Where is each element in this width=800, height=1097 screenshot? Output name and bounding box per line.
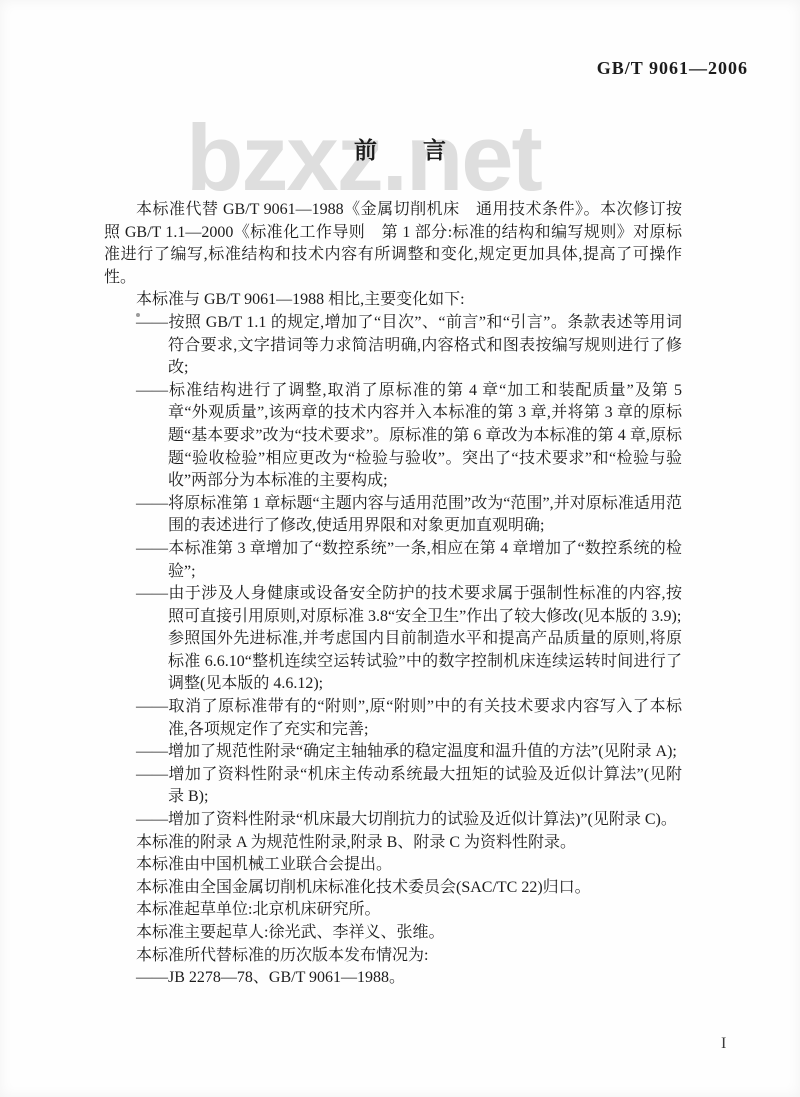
foreword-content: 本标准代替 GB/T 9061—1988《金属切削机床 通用技术条件》。本次修订… xyxy=(104,199,682,990)
document-page: bzxz.net GB/T 9061—2006 前 言 本标准代替 GB/T 9… xyxy=(0,0,800,1097)
page-number: I xyxy=(721,1035,726,1053)
foreword-line-indent: 本标准起草单位:北京机床研究所。 xyxy=(104,899,682,922)
foreword-line-indent: 本标准由全国金属切削机床标准化技术委员会(SAC/TC 22)归口。 xyxy=(104,877,682,900)
foreword-line-bullet: ——由于涉及人身健康或设备安全防护的技术要求属于强制性标准的内容,按照可直接引用… xyxy=(104,583,682,628)
foreword-line-indent: 本标准代替 GB/T 9061—1988《金属切削机床 通用技术条件》。本次修订… xyxy=(104,199,682,289)
foreword-line-bullet: ——JB 2278—78、GB/T 9061—1988。 xyxy=(104,967,682,990)
foreword-line-subpara: 参照国外先进标准,并考虑国内目前制造水平和提高产品质量的原则,将原标准 6.6.… xyxy=(104,628,682,696)
foreword-line-bullet: ——按照 GB/T 1.1 的规定,增加了“目次”、“前言”和“引言”。条款表述… xyxy=(104,312,682,380)
foreword-line-indent: 本标准由中国机械工业联合会提出。 xyxy=(104,854,682,877)
foreword-line-indent: 本标准主要起草人:徐光武、李祥义、张维。 xyxy=(104,922,682,945)
foreword-line-indent: 本标准的附录 A 为规范性附录,附录 B、附录 C 为资料性附录。 xyxy=(104,832,682,855)
standard-code: GB/T 9061—2006 xyxy=(597,58,748,79)
foreword-line-bullet: ——增加了资料性附录“机床主传动系统最大扭矩的试验及近似计算法”(见附录 B); xyxy=(104,764,682,809)
foreword-line-bullet: ——将原标准第 1 章标题“主题内容与适用范围”改为“范围”,并对原标准适用范围… xyxy=(104,493,682,538)
foreword-line-bullet: ——本标准第 3 章增加了“数控系统”一条,相应在第 4 章增加了“数控系统的检… xyxy=(104,538,682,583)
foreword-line-bullet: ——增加了资料性附录“机床最大切削抗力的试验及近似计算法)”(见附录 C)。 xyxy=(104,809,682,832)
page-title: 前 言 xyxy=(0,132,800,165)
foreword-line-indent: 本标准与 GB/T 9061—1988 相比,主要变化如下: xyxy=(104,289,682,312)
foreword-line-bullet: ——标准结构进行了调整,取消了原标准的第 4 章“加工和装配质量”及第 5 章“… xyxy=(104,380,682,493)
foreword-line-indent: 本标准所代替标准的历次版本发布情况为: xyxy=(104,945,682,968)
foreword-line-bullet: ——增加了规范性附录“确定主轴轴承的稳定温度和温升值的方法”(见附录 A); xyxy=(104,741,682,764)
foreword-line-bullet: ——取消了原标准带有的“附则”,原“附则”中的有关技术要求内容写入了本标准,各项… xyxy=(104,696,682,741)
